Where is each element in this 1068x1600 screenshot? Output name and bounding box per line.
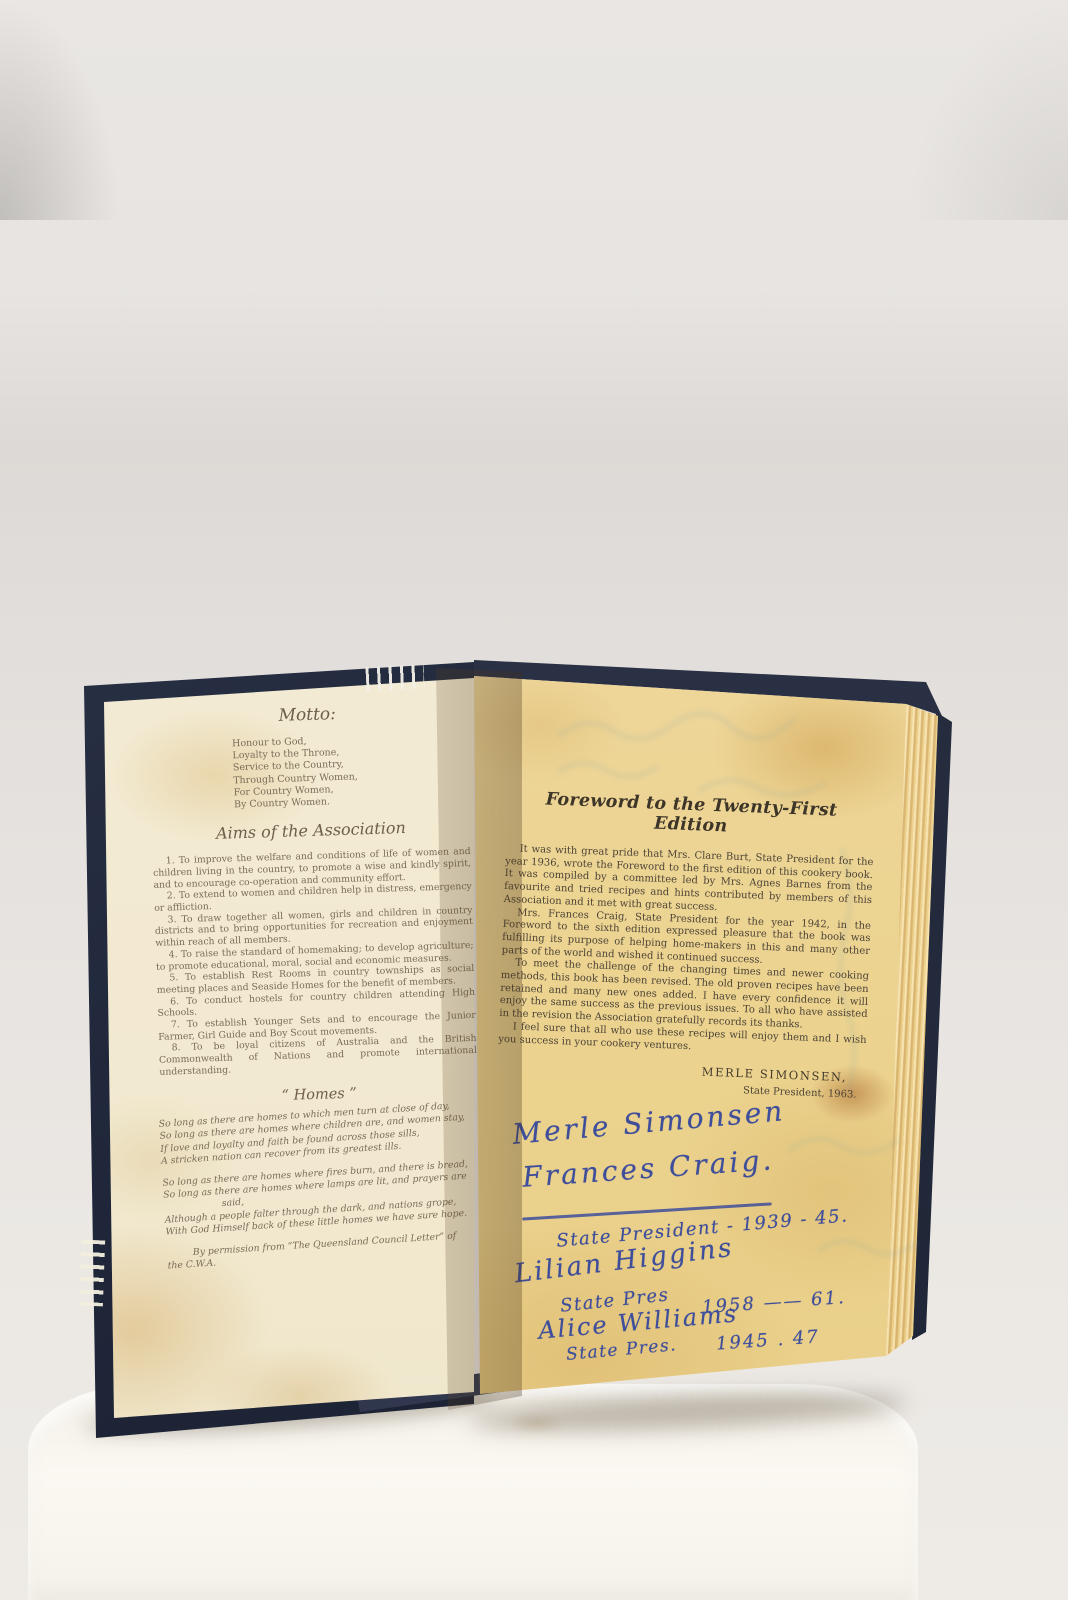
homes-poem: So long as there are homes to which men … xyxy=(158,1099,485,1273)
poem-stanza-2: So long as there are homes where fires b… xyxy=(162,1157,483,1239)
poem-stanza-1: So long as there are homes to which men … xyxy=(158,1099,478,1168)
motto-lines: Honour to God, Loyalty to the Throne, Se… xyxy=(232,734,386,812)
aims-heading: Aims of the Association xyxy=(152,816,470,845)
left-page-text: Motto: Honour to God, Loyalty to the Thr… xyxy=(148,700,484,1273)
wall-shadow-bottom-left xyxy=(0,0,120,220)
photo-scene: Motto: Honour to God, Loyalty to the Thr… xyxy=(0,0,1068,1600)
wall-shadow-bottom-right xyxy=(908,0,1068,220)
right-page-text: Foreword to the Twenty-First Edition It … xyxy=(497,788,876,1101)
spine-repair-stripes-left xyxy=(79,1240,105,1307)
spine-repair-stripes-top xyxy=(365,664,424,691)
